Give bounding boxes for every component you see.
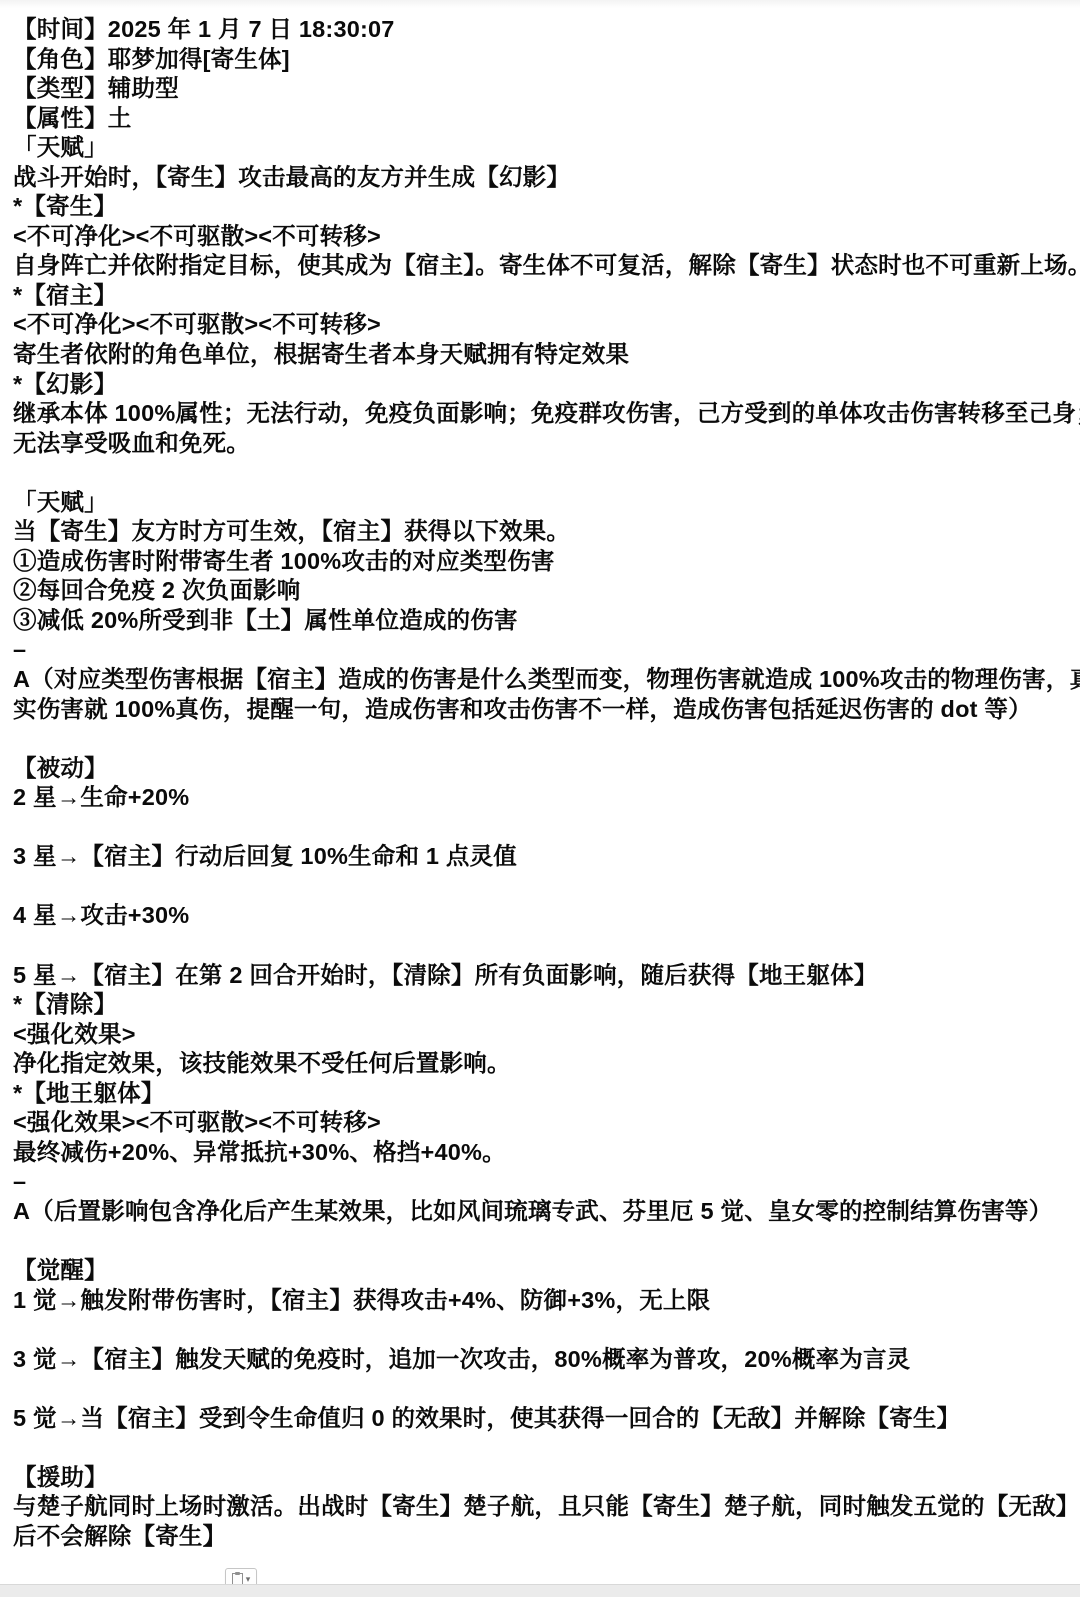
text-line: 战斗开始时，【寄生】攻击最高的友方并生成【幻影】	[13, 163, 1078, 193]
text-line: 3 星→【宿主】行动后回复 10%生命和 1 点灵值	[13, 842, 1078, 872]
text-line	[13, 724, 1078, 754]
horizontal-scrollbar-track[interactable]	[0, 1584, 1080, 1597]
text-line	[13, 813, 1078, 843]
text-line: 「天赋」	[13, 488, 1078, 518]
page-top-edge	[0, 0, 1080, 8]
text-line: 当【寄生】友方时方可生效，【宿主】获得以下效果。	[13, 517, 1078, 547]
text-line: 无法享受吸血和免死。	[13, 429, 1078, 459]
text-line	[13, 1374, 1078, 1404]
text-line: 实伤害就 100%真伤，提醒一句，造成伤害和攻击伤害不一样，造成伤害包括延迟伤害…	[13, 695, 1078, 725]
text-line: 继承本体 100%属性；无法行动，免疫负面影响；免疫群攻伤害，己方受到的单体攻击…	[13, 399, 1078, 429]
text-line: <强化效果>	[13, 1020, 1078, 1050]
text-line: –	[13, 1167, 1078, 1197]
text-line: 最终减伤+20%、异常抵抗+30%、格挡+40%。	[13, 1138, 1078, 1168]
text-line: 5 觉→当【宿主】受到令生命值归 0 的效果时，使其获得一回合的【无敌】并解除【…	[13, 1404, 1078, 1434]
text-line: A（对应类型伤害根据【宿主】造成的伤害是什么类型而变，物理伤害就造成 100%攻…	[13, 665, 1078, 695]
text-line: 与楚子航同时上场时激活。出战时【寄生】楚子航，且只能【寄生】楚子航，同时触发五觉…	[13, 1492, 1078, 1522]
text-line: 【时间】2025 年 1 月 7 日 18:30:07	[13, 15, 1078, 45]
text-line: *【地王躯体】	[13, 1079, 1078, 1109]
text-line: *【幻影】	[13, 370, 1078, 400]
text-line: *【宿主】	[13, 281, 1078, 311]
text-line: 【类型】辅助型	[13, 74, 1078, 104]
text-line: 寄生者依附的角色单位，根据寄生者本身天赋拥有特定效果	[13, 340, 1078, 370]
text-line	[13, 1433, 1078, 1463]
text-line	[13, 458, 1078, 488]
text-line: 2 星→生命+20%	[13, 783, 1078, 813]
text-line: <不可净化><不可驱散><不可转移>	[13, 222, 1078, 252]
text-line: 【援助】	[13, 1463, 1078, 1493]
text-line: 净化指定效果，该技能效果不受任何后置影响。	[13, 1049, 1078, 1079]
document-text: 【时间】2025 年 1 月 7 日 18:30:07【角色】耶梦加得[寄生体]…	[13, 15, 1078, 1551]
text-line: 【被动】	[13, 754, 1078, 784]
text-line	[13, 872, 1078, 902]
text-line: –	[13, 635, 1078, 665]
text-line: 后不会解除【寄生】	[13, 1522, 1078, 1552]
text-line: 3 觉→【宿主】触发天赋的免疫时，追加一次攻击，80%概率为普攻，20%概率为言…	[13, 1345, 1078, 1375]
text-line: 1 觉→触发附带伤害时，【宿主】获得攻击+4%、防御+3%，无上限	[13, 1286, 1078, 1316]
text-line: <不可净化><不可驱散><不可转移>	[13, 310, 1078, 340]
dropdown-arrow-icon: ▾	[246, 1575, 251, 1584]
text-line: ①造成伤害时附带寄生者 100%攻击的对应类型伤害	[13, 547, 1078, 577]
text-line: 5 星→【宿主】在第 2 回合开始时，【清除】所有负面影响，随后获得【地王躯体】	[13, 961, 1078, 991]
text-line: ③减低 20%所受到非【土】属性单位造成的伤害	[13, 606, 1078, 636]
text-line: 4 星→攻击+30%	[13, 901, 1078, 931]
text-line: 【角色】耶梦加得[寄生体]	[13, 45, 1078, 75]
text-line	[13, 1315, 1078, 1345]
text-line: 「天赋」	[13, 133, 1078, 163]
text-line	[13, 1226, 1078, 1256]
text-line	[13, 931, 1078, 961]
text-line: 自身阵亡并依附指定目标，使其成为【宿主】。寄生体不可复活，解除【寄生】状态时也不…	[13, 251, 1078, 281]
text-line: 【属性】土	[13, 104, 1078, 134]
text-line: *【清除】	[13, 990, 1078, 1020]
text-line: 【觉醒】	[13, 1256, 1078, 1286]
text-line: <强化效果><不可驱散><不可转移>	[13, 1108, 1078, 1138]
text-line: ②每回合免疫 2 次负面影响	[13, 576, 1078, 606]
text-line: A（后置影响包含净化后产生某效果，比如风间琉璃专武、芬里厄 5 觉、皇女零的控制…	[13, 1197, 1078, 1227]
text-line: *【寄生】	[13, 192, 1078, 222]
